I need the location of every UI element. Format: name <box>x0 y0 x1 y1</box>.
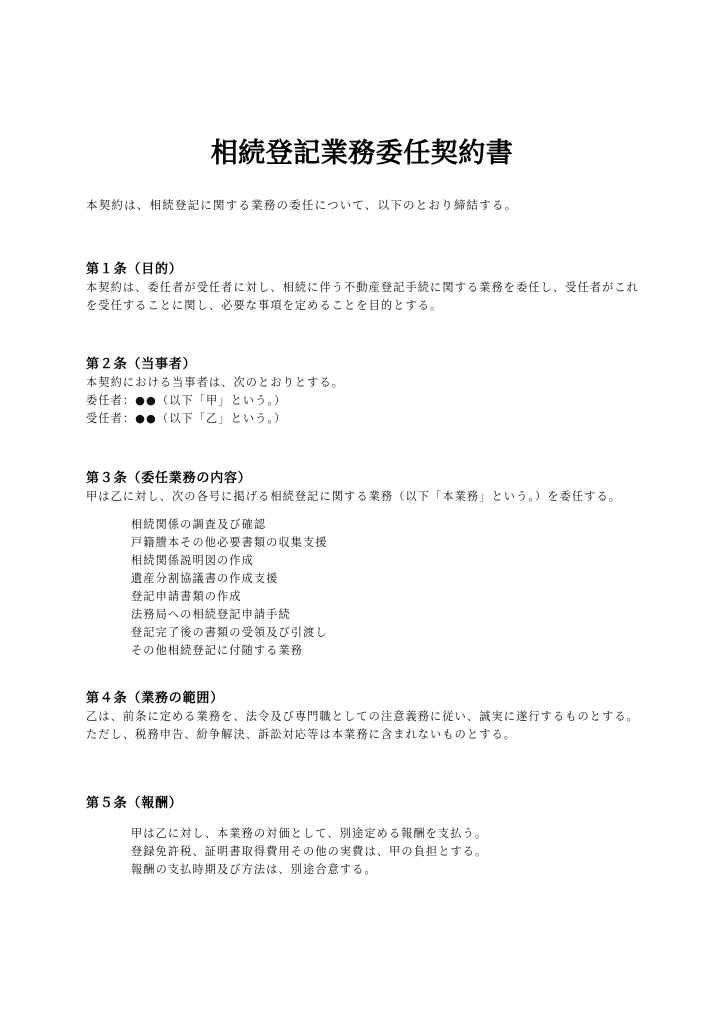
article-line: 甲は乙に対し、次の各号に掲げる相続登記に関する業務（以下「本業務」という。）を委… <box>86 488 666 506</box>
article-body: 乙は、前条に定める業務を、法令及び専門職としての注意義務に従い、誠実に遂行するも… <box>86 708 666 744</box>
list-item: 法務局への相続登記申請手続 <box>131 606 666 624</box>
list-item: 登記申請書類の作成 <box>131 588 666 606</box>
list-item: 戸籍謄本その他必要書類の収集支援 <box>131 534 666 552</box>
list-item: その他相続登記に付随する業務 <box>131 642 666 660</box>
list-item: 登記完了後の書類の受領及び引渡し <box>131 624 666 642</box>
delegator-line: 委任者：●●（以下「甲」という。） <box>86 392 666 410</box>
article-line: 乙は、前条に定める業務を、法令及び専門職としての注意義務に従い、誠実に遂行するも… <box>86 708 666 726</box>
article-body: 甲は乙に対し、本業務の対価として、別途定める報酬を支払う。 登録免許税、証明書取… <box>86 825 666 879</box>
list-item: 甲は乙に対し、本業務の対価として、別途定める報酬を支払う。 <box>131 825 666 843</box>
article-1-purpose: 第１条（目的） 本契約は、委任者が受任者に対し、相続に伴う不動産登記手続に関する… <box>86 261 666 315</box>
article-heading: 第３条（委任業務の内容） <box>86 470 666 488</box>
document-title: 相続登記業務委任契約書 <box>0 136 724 172</box>
intro-paragraph: 本契約は、相続登記に関する業務の委任について、以下のとおり締結する。 <box>86 196 517 214</box>
article-heading: 第５条（報酬） <box>86 795 666 813</box>
article-body: 本契約における当事者は、次のとおりとする。 委任者：●●（以下「甲」という。） … <box>86 374 666 428</box>
list-item: 登録免許税、証明書取得費用その他の実費は、甲の負担とする。 <box>131 843 666 861</box>
article-heading: 第２条（当事者） <box>86 356 666 374</box>
list-item: 遺産分割協議書の作成支援 <box>131 570 666 588</box>
list-item: 相続関係説明図の作成 <box>131 552 666 570</box>
article-line: 本契約は、委任者が受任者に対し、相続に伴う不動産登記手続に関する業務を委任し、受… <box>86 279 666 297</box>
delegatee-line: 受任者：●●（以下「乙」という。） <box>86 410 666 428</box>
article-5-fees: 第５条（報酬） 甲は乙に対し、本業務の対価として、別途定める報酬を支払う。 登録… <box>86 795 666 879</box>
article-4-range: 第４条（業務の範囲） 乙は、前条に定める業務を、法令及び専門職としての注意義務に… <box>86 690 666 744</box>
article-body: 甲は乙に対し、次の各号に掲げる相続登記に関する業務（以下「本業務」という。）を委… <box>86 488 666 660</box>
article-line: 本契約における当事者は、次のとおりとする。 <box>86 374 666 392</box>
document-page: 相続登記業務委任契約書 本契約は、相続登記に関する業務の委任について、以下のとお… <box>0 0 724 1024</box>
list-item: 報酬の支払時期及び方法は、別途合意する。 <box>131 861 666 879</box>
article-line: を受任することに関し、必要な事項を定めることを目的とする。 <box>86 297 666 315</box>
article-heading: 第４条（業務の範囲） <box>86 690 666 708</box>
article-2-parties: 第２条（当事者） 本契約における当事者は、次のとおりとする。 委任者：●●（以下… <box>86 356 666 428</box>
article-heading: 第１条（目的） <box>86 261 666 279</box>
article-3-scope-of-work: 第３条（委任業務の内容） 甲は乙に対し、次の各号に掲げる相続登記に関する業務（以… <box>86 470 666 660</box>
list-item: 相続関係の調査及び確認 <box>131 516 666 534</box>
article-line: ただし、税務申告、紛争解決、訴訟対応等は本業務に含まれないものとする。 <box>86 726 666 744</box>
fee-item-list: 甲は乙に対し、本業務の対価として、別途定める報酬を支払う。 登録免許税、証明書取… <box>86 825 666 879</box>
work-item-list: 相続関係の調査及び確認 戸籍謄本その他必要書類の収集支援 相続関係説明図の作成 … <box>86 516 666 660</box>
article-body: 本契約は、委任者が受任者に対し、相続に伴う不動産登記手続に関する業務を委任し、受… <box>86 279 666 315</box>
